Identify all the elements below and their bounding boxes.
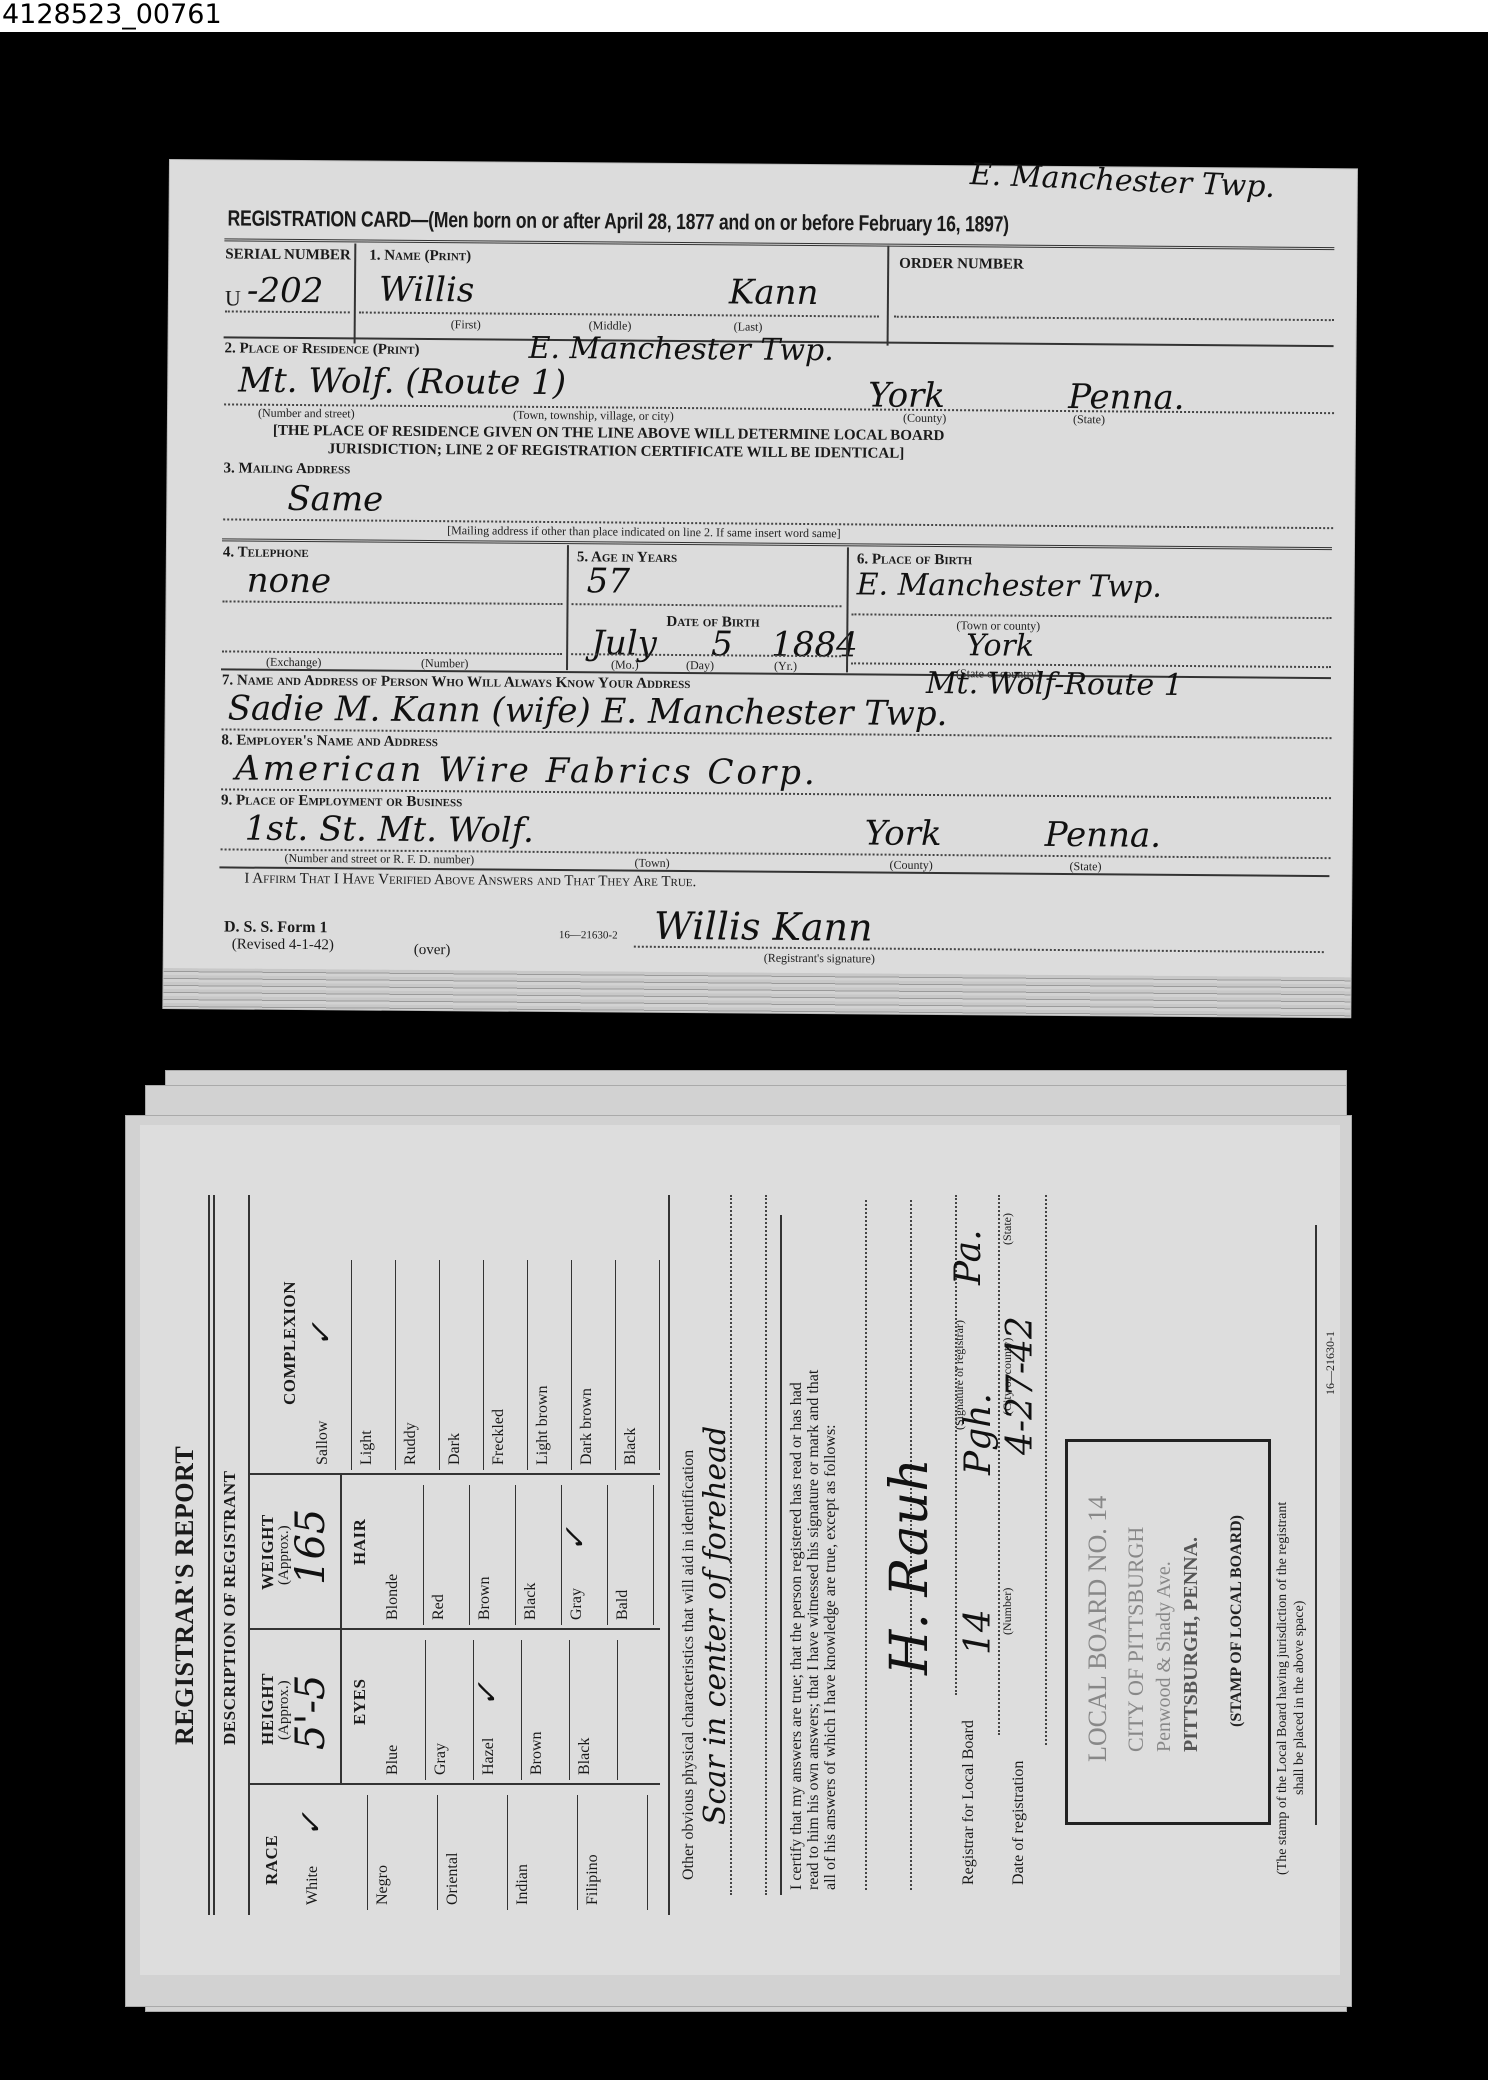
grid-line (659, 1260, 660, 1470)
dotted-line (634, 946, 1324, 953)
stamp-caption: (STAMP OF LOCAL BOARD) (1228, 1515, 1246, 1727)
race-label: RACE (262, 1835, 282, 1885)
employment-street: 1st. St. Mt. Wolf. (245, 809, 534, 851)
telephone-label: 4. Telephone (223, 544, 309, 562)
divider (250, 1783, 660, 1785)
hair-label: HAIR (350, 1519, 370, 1565)
hair-option-label: Black (522, 1583, 540, 1620)
certification-line-1: I certify that my answers are true; that… (788, 1382, 806, 1890)
race-option-label: Indian (514, 1864, 532, 1905)
weight-value: 165 (288, 1509, 334, 1585)
divider (566, 545, 569, 670)
registrar-report-card: REGISTRAR'S REPORT DESCRIPTION OF REGIST… (140, 1125, 1360, 1975)
divider (1315, 1225, 1317, 1825)
card-title: REGISTRATION CARD—(Men born on or after … (227, 205, 1008, 237)
town-caption: (Town, township, village, or city) (513, 408, 674, 424)
residence-notice-2: JURISDICTION; LINE 2 OF REGISTRATION CER… (328, 441, 905, 463)
employment-town-caption: (Town) (634, 856, 669, 871)
number-caption: (Number) (1000, 1588, 1015, 1635)
grid-line (423, 1485, 424, 1625)
eyes-checkbox: ✓ (470, 1682, 505, 1707)
complexion-option-label: Light brown (534, 1385, 552, 1465)
grid-line (395, 1260, 396, 1470)
form-id: D. S. S. Form 1 (224, 918, 328, 937)
first-caption: (First) (451, 317, 481, 332)
grid-line (507, 1795, 508, 1910)
name-last: Kann (729, 272, 819, 313)
divider (208, 1195, 210, 1915)
grid-line (351, 1260, 352, 1470)
divider (248, 1195, 250, 1915)
weight-label: WEIGHT (258, 1514, 278, 1590)
year-caption: (Yr.) (774, 659, 797, 674)
race-option-label: Oriental (444, 1853, 462, 1905)
grid-line (577, 1795, 578, 1910)
dotted-line (765, 1195, 767, 1895)
grid-line (437, 1795, 438, 1910)
serial-prefix: U (225, 285, 241, 311)
eyes-option-label: Blue (384, 1745, 402, 1775)
grid-line (425, 1640, 426, 1780)
over-note: (over) (414, 942, 451, 959)
residence-town: E. Manchester Twp. (528, 331, 833, 368)
registrar-print-code: 16—21630-1 (1323, 1331, 1338, 1395)
registration-card: E. Manchester Twp. REGISTRATION CARD—(Me… (163, 160, 1357, 1017)
complexion-option-label: Freckled (490, 1409, 508, 1465)
dotted-line (1045, 1195, 1047, 1745)
dotted-line (572, 603, 842, 607)
complexion-checkbox: ✓ (304, 1322, 339, 1347)
dob-day: 5 (711, 624, 733, 664)
complexion-label: COMPLEXION (280, 1281, 300, 1405)
dotted-line (730, 1195, 732, 1895)
county-caption: (County) (903, 411, 946, 426)
grid-line (615, 1260, 616, 1470)
serial-number-label: SERIAL NUMBER (225, 246, 351, 264)
grid-line (647, 1795, 648, 1910)
divider (887, 246, 890, 346)
employer-value: American Wire Fabrics Corp. (235, 749, 818, 794)
grid-line (527, 1260, 528, 1470)
registrant-signature: Willis Kann (654, 904, 873, 950)
stamp-note-line-2: shall be placed in the above space) (1292, 1601, 1308, 1795)
registrar-signature: H. Rauh (880, 1458, 940, 1675)
dotted-line (225, 310, 350, 313)
hair-option-label: Blonde (384, 1574, 402, 1620)
complexion-option-label: Dark brown (578, 1388, 596, 1465)
stamp-line-2: CITY OF PITTSBURGH (1123, 1527, 1149, 1752)
hair-option-label: Brown (476, 1576, 494, 1620)
date-of-registration-label: Date of registration (1010, 1761, 1028, 1885)
grid-line (561, 1485, 562, 1625)
complexion-option-label: Sallow (314, 1421, 332, 1465)
eyes-option-label: Hazel (480, 1738, 498, 1775)
contact-address-line1: Mt. Wolf-Route 1 (926, 666, 1183, 703)
eyes-option-label: Gray (432, 1743, 450, 1775)
race-checkbox: ✓ (294, 1812, 329, 1837)
divider (340, 1475, 342, 1785)
local-board-label: Registrar for Local Board (960, 1720, 978, 1885)
local-board-state: Pa. (948, 1229, 989, 1285)
hair-option-label: Bald (614, 1590, 632, 1620)
certification-line-3: all of his answers of which I have knowl… (822, 1424, 840, 1890)
grid-line (515, 1485, 516, 1625)
grid-line (473, 1640, 474, 1780)
grid-line (439, 1260, 440, 1470)
signature-caption: (Registrant's signature) (764, 951, 875, 967)
dotted-line (998, 1195, 1000, 1735)
name-first: Willis (379, 270, 475, 311)
dotted-line (223, 600, 563, 605)
mailing-address-value: Same (287, 479, 383, 520)
affirmation-text: I Affirm That I Have Verified Above Answ… (244, 871, 696, 892)
hair-option-label: Red (430, 1594, 448, 1620)
mailing-caption: [Mailing address if other than place ind… (447, 523, 841, 541)
grid-line (483, 1260, 484, 1470)
local-board-number: 14 (958, 1609, 999, 1655)
state-caption: (State) (1073, 412, 1105, 427)
complexion-option-label: Ruddy (402, 1422, 420, 1465)
order-number-label: ORDER NUMBER (899, 256, 1024, 274)
eyes-label: EYES (350, 1679, 370, 1725)
street-caption: (Number and street) (258, 406, 355, 422)
stamp-note-line-1: (The stamp of the Local Board having jur… (1275, 1502, 1291, 1875)
local-board-stamp: LOCAL BOARD NO. 14 CITY OF PITTSBURGH Pe… (1065, 1439, 1271, 1825)
grid-line (571, 1260, 572, 1470)
race-option-label: White (304, 1866, 322, 1905)
date-of-registration-value: 4-27-42 (1000, 1316, 1041, 1455)
certification-line-2: read to him his own answers; that I have… (805, 1370, 823, 1890)
hair-option-label: Gray (568, 1588, 586, 1620)
divider (250, 1628, 660, 1630)
complexion-option-label: Black (622, 1428, 640, 1465)
print-code: 16—21630-2 (559, 929, 618, 941)
form-revision: (Revised 4-1-42) (232, 937, 334, 955)
eyes-option-label: Brown (528, 1731, 546, 1775)
serial-number-value: -202 (247, 271, 324, 312)
month-caption: (Mo.) (611, 657, 639, 672)
dotted-line (894, 316, 1334, 321)
hair-checkbox: ✓ (558, 1527, 593, 1552)
divider (354, 243, 357, 343)
divider (780, 1215, 782, 1895)
description-heading: DESCRIPTION OF REGISTRANT (220, 1471, 240, 1745)
race-option-label: Negro (374, 1865, 392, 1905)
employment-state: Penna. (1045, 815, 1162, 856)
name-label: 1. Name (Print) (369, 248, 471, 266)
height-value: 5'-5 (288, 1675, 334, 1750)
stamp-line-4: PITTSBURGH, PENNA. (1180, 1537, 1203, 1752)
contact-name: Sadie M. Kann (wife) E. Manchester Twp. (228, 688, 948, 734)
stamp-line-1: LOCAL BOARD NO. 14 (1083, 1496, 1113, 1762)
race-option-label: Filipino (584, 1854, 602, 1905)
telephone-value: none (247, 561, 332, 602)
dotted-line (865, 1200, 867, 1890)
image-id-label: 4128523_00761 (0, 0, 222, 32)
day-caption: (Day) (686, 658, 714, 673)
divider (213, 1195, 215, 1915)
complexion-option-label: Dark (446, 1433, 464, 1465)
employment-county-caption: (County) (889, 858, 932, 873)
residence-street: Mt. Wolf. (Route 1) (238, 361, 566, 404)
state-caption: (State) (1000, 1213, 1015, 1245)
grid-line (617, 1640, 618, 1780)
mailing-address-label: 3. Mailing Address (224, 460, 351, 478)
other-characteristics-value: Scar in center of forehead (698, 1426, 733, 1825)
birthplace-town: E. Manchester Twp. (857, 567, 1162, 604)
divider (250, 1473, 660, 1475)
other-characteristics-label: Other obvious physical characteristics t… (680, 1450, 698, 1880)
employment-state-caption: (State) (1069, 859, 1101, 874)
grid-line (607, 1485, 608, 1625)
residence-label: 2. Place of Residence (Print) (224, 340, 419, 359)
complexion-option-label: Light (358, 1430, 376, 1465)
eyes-option-label: Black (576, 1738, 594, 1775)
dotted-line (851, 613, 1331, 619)
age-value: 57 (587, 561, 631, 601)
height-label: HEIGHT (258, 1673, 278, 1745)
employment-street-caption: (Number and street or R. F. D. number) (284, 851, 474, 867)
birthplace-state: York (966, 628, 1034, 664)
local-board-county: Pgh. (958, 1393, 999, 1475)
grid-line (653, 1485, 654, 1625)
grid-line (569, 1640, 570, 1780)
employment-county: York (865, 813, 942, 854)
grid-line (521, 1640, 522, 1780)
grid-line (367, 1795, 368, 1910)
registrar-report-title: REGISTRAR'S REPORT (170, 1446, 200, 1745)
grid-line (469, 1485, 470, 1625)
divider (668, 1195, 670, 1915)
stamp-line-3: Penwood & Shady Ave. (1153, 1561, 1176, 1752)
